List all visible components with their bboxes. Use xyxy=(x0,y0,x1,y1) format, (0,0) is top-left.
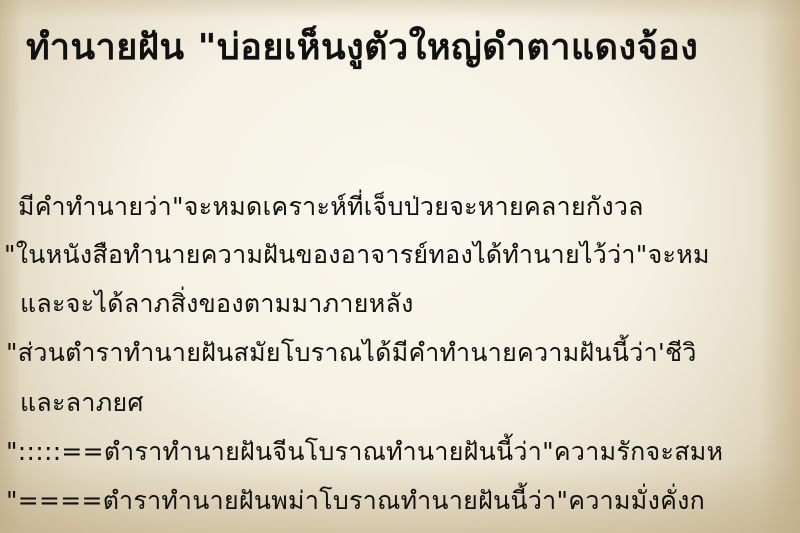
text-line-7: "====ตำราทำนายฝันพม่าโบราณทำนายฝันนี้ว่า… xyxy=(6,484,705,518)
page-title: ทำนายฝัน "บ่อยเห็นงูตัวใหญ่ดำตาแดงจ้อง xyxy=(26,18,698,78)
paper-texture-top xyxy=(0,0,800,20)
text-line-1: มีคำทำนายว่า"จะหมดเคราะห์ที่เจ็บป่วยจะหา… xyxy=(18,190,644,224)
text-line-4: "ส่วนตำราทำนายฝันสมัยโบราณได้มีคำทำนายคว… xyxy=(6,336,697,370)
paper-texture-right xyxy=(760,0,800,533)
text-line-6: ":::::==ตำราทำนายฝันจีนโบราณทำนายฝันนี้ว… xyxy=(6,435,723,469)
text-line-5: และลาภยศ xyxy=(20,386,144,420)
text-line-3: และจะได้ลาภสิ่งของตามมาภายหลัง xyxy=(20,287,414,321)
text-line-2: "ในหนังสือทำนายความฝันของอาจารย์ทองได้ทำ… xyxy=(4,238,710,272)
